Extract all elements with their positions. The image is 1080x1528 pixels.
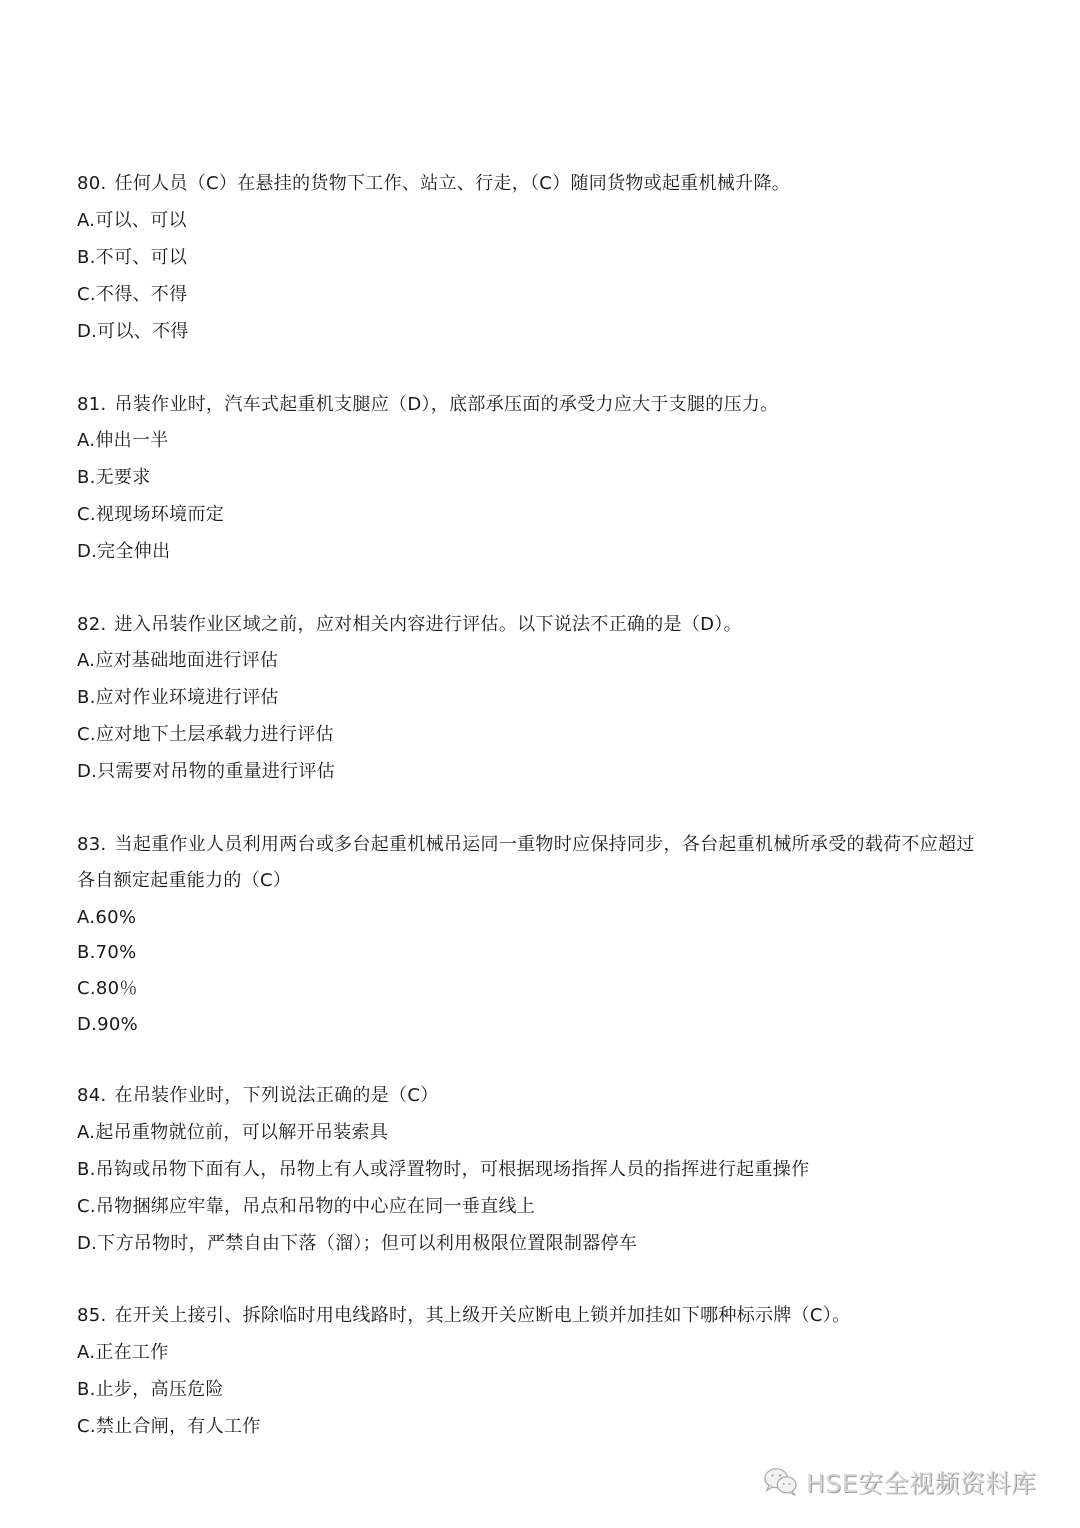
question-82-option-d: D.只需要对吊物的重量进行评估 [77, 760, 335, 784]
question-83-option-d: D.90% [77, 1013, 138, 1037]
watermark: HSE安全视频资料库 [762, 1462, 1036, 1502]
question-83-option-a: A.60% [77, 906, 136, 930]
question-number: 85. [77, 1305, 107, 1326]
question-80-option-b: B.不可、可以 [77, 246, 187, 270]
question-83-option-c: C.80％ [77, 977, 138, 1001]
question-text: 吊装作业时，汽车式起重机支腿应（D），底部承压面的承受力应大于支腿的压力。 [115, 394, 779, 415]
question-83-stem: 83.当起重作业人员利用两台或多台起重机械吊运同一重物时应保持同步，各台起重机械… [77, 833, 975, 857]
question-number: 80. [77, 173, 107, 194]
question-81-option-a: A.伸出一半 [77, 429, 169, 453]
question-text: 任何人员（C）在悬挂的货物下工作、站立、行走，（C）随同货物或起重机械升降。 [115, 173, 791, 194]
question-text: 当起重作业人员利用两台或多台起重机械吊运同一重物时应保持同步，各台起重机械所承受… [115, 834, 975, 855]
question-81-option-c: C.视现场环境而定 [77, 503, 224, 527]
question-80-option-a: A.可以、可以 [77, 209, 187, 233]
question-82-option-b: B.应对作业环境进行评估 [77, 686, 279, 710]
question-84-option-d: D.下方吊物时，严禁自由下落（溜）；但可以利用极限位置限制器停车 [77, 1232, 637, 1256]
question-text: 进入吊装作业区域之前，应对相关内容进行评估。以下说法不正确的是（D）。 [115, 614, 742, 635]
question-84-stem: 84.在吊装作业时，下列说法正确的是（C） [77, 1084, 439, 1108]
question-83-stem-continued: 各自额定起重能力的（C） [77, 869, 291, 893]
question-80-option-c: C.不得、不得 [77, 283, 187, 307]
question-81-option-b: B.无要求 [77, 466, 151, 490]
question-82-stem: 82.进入吊装作业区域之前，应对相关内容进行评估。以下说法不正确的是（D）。 [77, 613, 742, 637]
watermark-text: HSE安全视频资料库 [806, 1464, 1036, 1500]
question-85-option-c: C.禁止合闸，有人工作 [77, 1415, 261, 1439]
wechat-icon [762, 1466, 800, 1498]
document-page: 80.任何人员（C）在悬挂的货物下工作、站立、行走，（C）随同货物或起重机械升降… [0, 0, 1080, 1528]
question-80-option-d: D.可以、不得 [77, 320, 189, 344]
question-81-stem: 81.吊装作业时，汽车式起重机支腿应（D），底部承压面的承受力应大于支腿的压力。 [77, 393, 779, 417]
question-81-option-d: D.完全伸出 [77, 540, 170, 564]
question-84-option-a: A.起吊重物就位前，可以解开吊装索具 [77, 1121, 388, 1145]
question-85-option-a: A.正在工作 [77, 1341, 169, 1365]
question-text: 在吊装作业时，下列说法正确的是（C） [115, 1085, 439, 1106]
question-84-option-c: C.吊物捆绑应牢靠，吊点和吊物的中心应在同一垂直线上 [77, 1195, 535, 1219]
question-number: 81. [77, 394, 107, 415]
question-82-option-c: C.应对地下土层承载力进行评估 [77, 723, 334, 747]
question-text: 在开关上接引、拆除临时用电线路时，其上级开关应断电上锁并加挂如下哪种标示牌（C）… [115, 1305, 851, 1326]
question-80-stem: 80.任何人员（C）在悬挂的货物下工作、站立、行走，（C）随同货物或起重机械升降… [77, 172, 790, 196]
question-number: 84. [77, 1085, 107, 1106]
question-85-option-b: B.止步，高压危险 [77, 1378, 224, 1402]
question-85-stem: 85.在开关上接引、拆除临时用电线路时，其上级开关应断电上锁并加挂如下哪种标示牌… [77, 1304, 850, 1328]
question-82-option-a: A.应对基础地面进行评估 [77, 649, 278, 673]
question-84-option-b: B.吊钩或吊物下面有人，吊物上有人或浮置物时，可根据现场指挥人员的指挥进行起重操… [77, 1158, 809, 1182]
question-number: 83. [77, 834, 107, 855]
question-number: 82. [77, 614, 107, 635]
question-83-option-b: B.70% [77, 941, 137, 965]
